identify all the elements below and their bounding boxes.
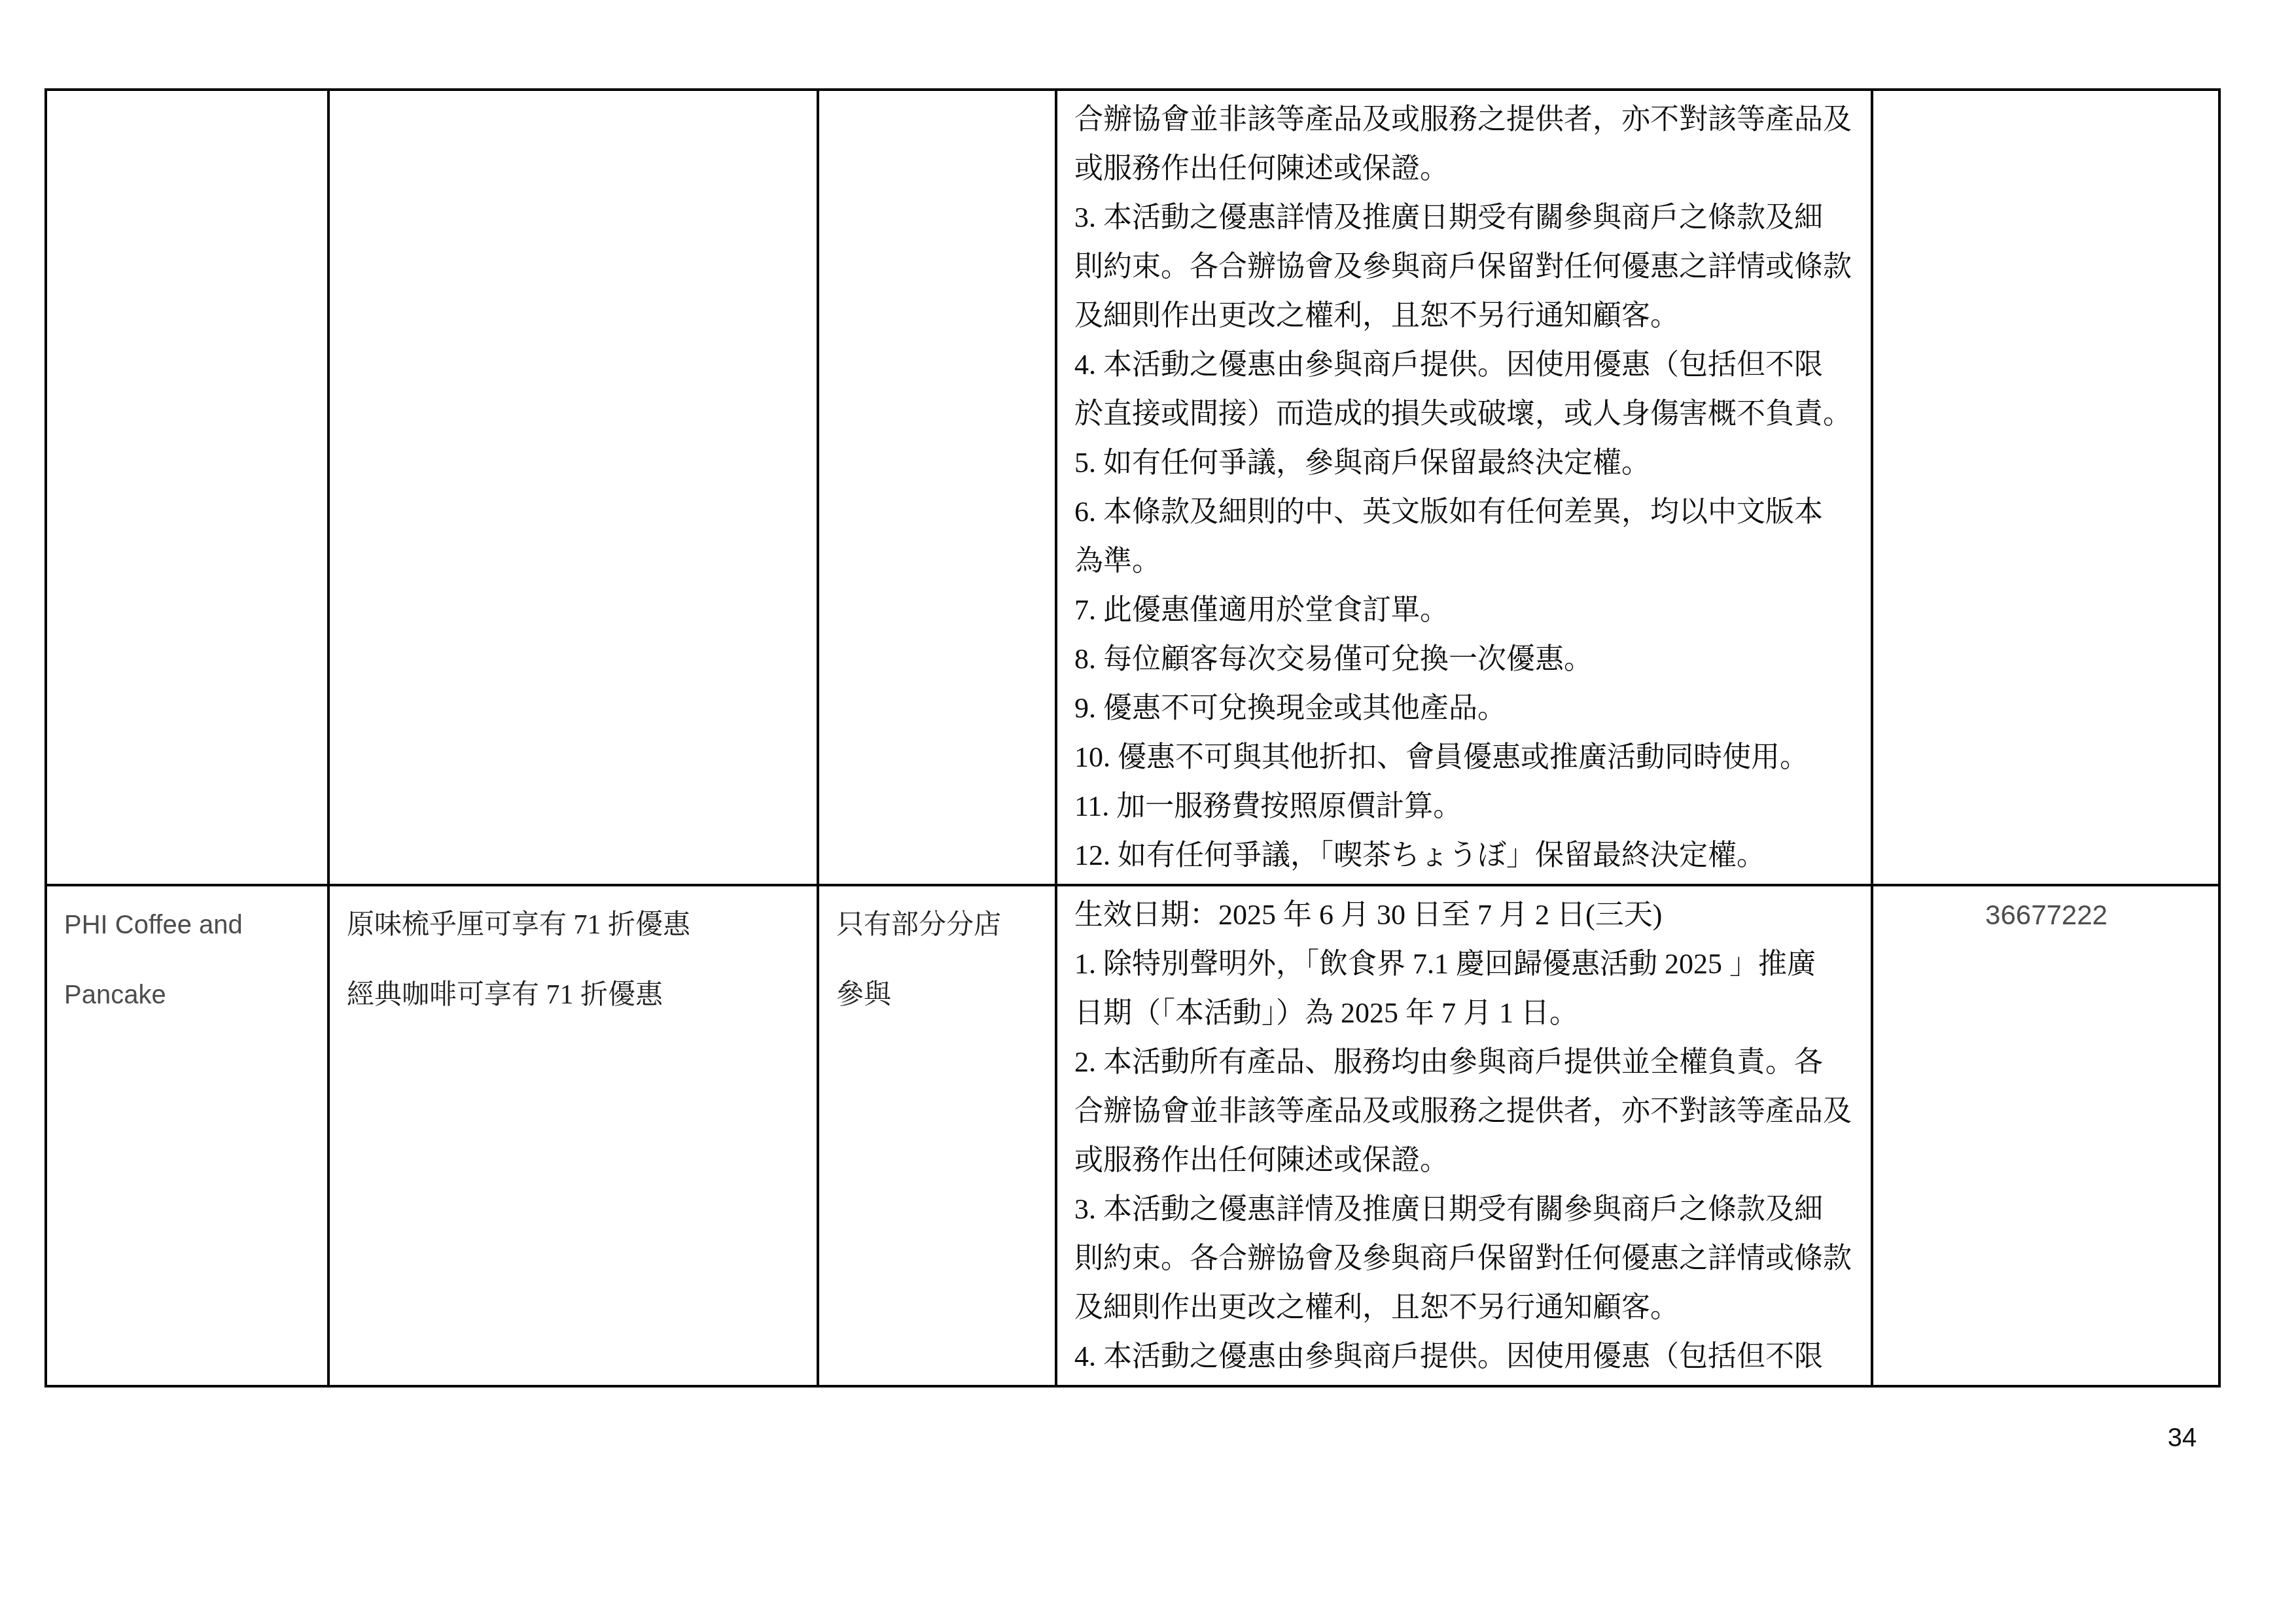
text-line: 及細則作出更改之權利，且恕不另行通知顧客。 (1074, 291, 1855, 340)
text-line: PHI Coffee and (64, 890, 311, 960)
offer-cell: 原味梳乎厘可享有 71 折優惠經典咖啡可享有 71 折優惠 (328, 885, 818, 1386)
text-line: 經典咖啡可享有 71 折優惠 (347, 960, 801, 1030)
text-line: 於直接或間接）而造成的損失或破壞，或人身傷害概不負責。 (1074, 389, 1855, 438)
text-line: 則約束。各合辦協會及參與商戶保留對任何優惠之詳情或條款 (1074, 242, 1855, 291)
phone-cell (1872, 90, 2219, 885)
text-line: 及細則作出更改之權利，且恕不另行通知顧客。 (1074, 1283, 1855, 1332)
text-line: 7. 此優惠僅適用於堂食訂單。 (1074, 585, 1855, 635)
text-line: 4. 本活動之優惠由參與商戶提供。因使用優惠（包括但不限 (1074, 1332, 1855, 1381)
text-line: 3. 本活動之優惠詳情及推廣日期受有關參與商戶之條款及細 (1074, 1185, 1855, 1234)
text-line: 合辦協會並非該等產品及或服務之提供者，亦不對該等產品及 (1074, 1087, 1855, 1136)
participation-cell (818, 90, 1056, 885)
phone-number: 36677222 (1890, 890, 2202, 939)
phone-cell: 36677222 (1872, 885, 2219, 1386)
text-line: 原味梳乎厘可享有 71 折優惠 (347, 890, 801, 960)
text-line: 10. 優惠不可與其他折扣、會員優惠或推廣活動同時使用。 (1074, 733, 1855, 782)
text-line: 2. 本活動所有產品、服務均由參與商戶提供並全權負責。各 (1074, 1038, 1855, 1087)
table-row-phi-coffee: PHI Coffee andPancake 原味梳乎厘可享有 71 折優惠經典咖… (46, 885, 2219, 1386)
page-number: 34 (2153, 1418, 2212, 1457)
text-line: 參與 (836, 960, 1039, 1030)
document-page: 合辦協會並非該等產品及或服務之提供者，亦不對該等產品及或服務作出任何陳述或保證。… (0, 0, 2296, 1623)
text-line: 12. 如有任何爭議，「喫茶ちょうぼ」保留最終決定權。 (1074, 831, 1855, 880)
text-line: 1. 除特別聲明外，「飲食界 7.1 慶回歸優惠活動 2025 」推廣 (1074, 939, 1855, 988)
terms-cell: 合辦協會並非該等產品及或服務之提供者，亦不對該等產品及或服務作出任何陳述或保證。… (1056, 90, 1872, 885)
text-line: 或服務作出任何陳述或保證。 (1074, 144, 1855, 193)
merchant-cell: PHI Coffee andPancake (46, 885, 328, 1386)
offers-table: 合辦協會並非該等產品及或服務之提供者，亦不對該等產品及或服務作出任何陳述或保證。… (44, 88, 2221, 1387)
text-line: 則約束。各合辦協會及參與商戶保留對任何優惠之詳情或條款 (1074, 1234, 1855, 1283)
text-line: 3. 本活動之優惠詳情及推廣日期受有關參與商戶之條款及細 (1074, 193, 1855, 242)
text-line: 11. 加一服務費按照原價計算。 (1074, 782, 1855, 831)
table-row-continuation: 合辦協會並非該等產品及或服務之提供者，亦不對該等產品及或服務作出任何陳述或保證。… (46, 90, 2219, 885)
text-line: 生效日期：2025 年 6 月 30 日至 7 月 2 日(三天) (1074, 890, 1855, 939)
text-line: Pancake (64, 960, 311, 1030)
text-line: 日期（「本活動」）為 2025 年 7 月 1 日。 (1074, 988, 1855, 1038)
text-line: 為準。 (1074, 536, 1855, 585)
text-line: 6. 本條款及細則的中、英文版如有任何差異，均以中文版本 (1074, 487, 1855, 536)
text-line: 9. 優惠不可兌換現金或其他產品。 (1074, 684, 1855, 733)
text-line: 8. 每位顧客每次交易僅可兌換一次優惠。 (1074, 635, 1855, 684)
text-line: 只有部分分店 (836, 890, 1039, 960)
terms-cell: 生效日期：2025 年 6 月 30 日至 7 月 2 日(三天)1. 除特別聲… (1056, 885, 1872, 1386)
text-line: 或服務作出任何陳述或保證。 (1074, 1136, 1855, 1185)
text-line: 5. 如有任何爭議，參與商戶保留最終決定權。 (1074, 438, 1855, 487)
text-line: 合辦協會並非該等產品及或服務之提供者，亦不對該等產品及 (1074, 95, 1855, 144)
merchant-cell (46, 90, 328, 885)
offer-cell (328, 90, 818, 885)
participation-cell: 只有部分分店參與 (818, 885, 1056, 1386)
text-line: 4. 本活動之優惠由參與商戶提供。因使用優惠（包括但不限 (1074, 340, 1855, 389)
